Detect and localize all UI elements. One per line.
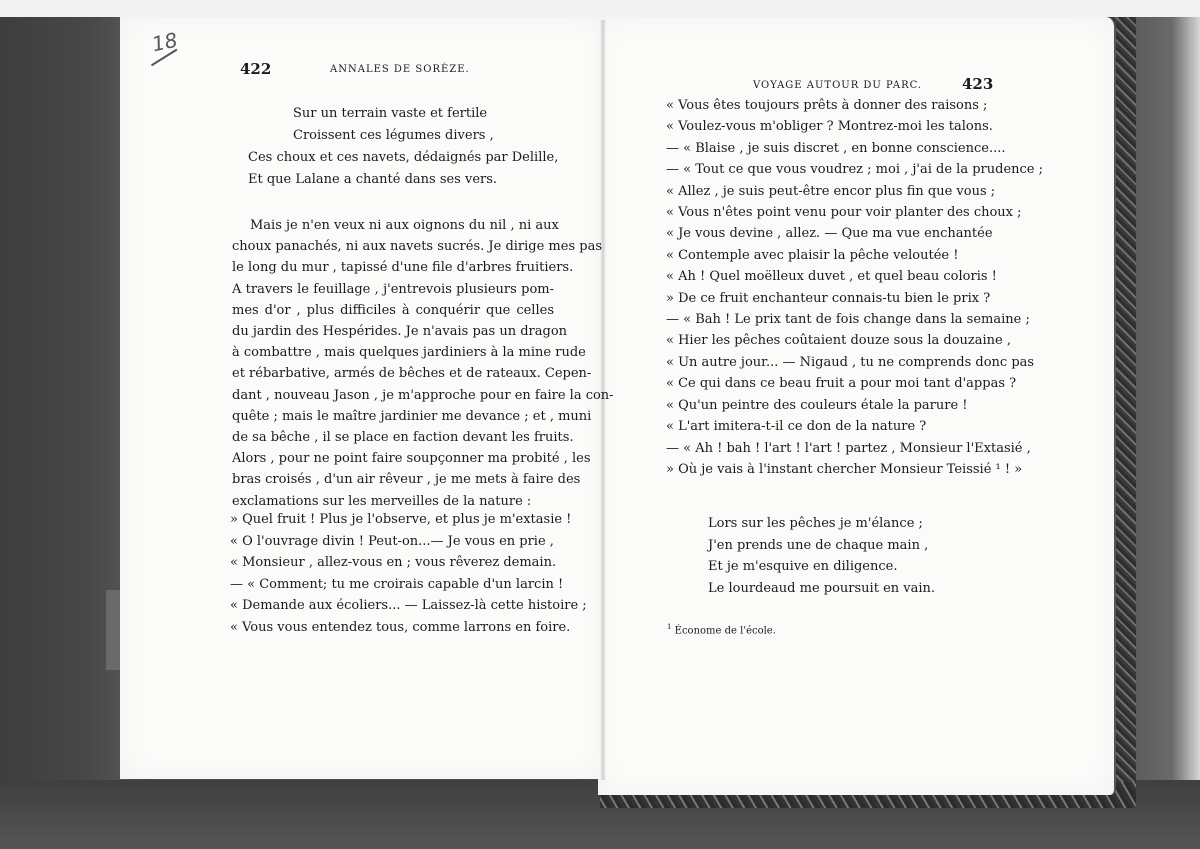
verse-line: « Contemple avec plaisir la pêche velout… — [666, 245, 1043, 266]
verse-line: « Vous êtes toujours prêts à donner des … — [666, 95, 1043, 116]
scan-background-right — [1130, 17, 1200, 849]
scan-background-left — [0, 17, 128, 849]
prose-line: du jardin des Hespérides. Je n'avais pas… — [232, 321, 554, 342]
verse-line: Et que Lalane a chanté dans ses vers. — [248, 169, 558, 191]
verse-line: Sur un terrain vaste et fertile — [248, 103, 558, 125]
prose-line: à combattre , mais quelques jardiniers à… — [232, 342, 554, 363]
footnote: 1 Économe de l'école. — [667, 623, 776, 636]
verse-line: — « Tout ce que vous voudrez ; moi , j'a… — [666, 159, 1043, 180]
left-prose-paragraph: Mais je n'en veux ni aux oignons du nil … — [232, 215, 554, 512]
prose-line: bras croisés , d'un air rêveur , je me m… — [232, 469, 554, 490]
verse-line: — « Ah ! bah ! l'art ! l'art ! partez , … — [666, 438, 1043, 459]
verse-line: « Ah ! Quel moëlleux duvet , et quel bea… — [666, 266, 1043, 287]
left-page-number: 422 — [240, 60, 271, 78]
verse-line: Et je m'esquive en diligence. — [708, 556, 935, 578]
prose-line: Alors , pour ne point faire soupçonner m… — [232, 448, 554, 469]
prose-line: dant , nouveau Jason , je m'approche pou… — [232, 385, 554, 406]
verse-line: J'en prends une de chaque main , — [708, 535, 935, 557]
verse-line: « Je vous devine , allez. — Que ma vue e… — [666, 223, 1043, 244]
verse-line: « Vous n'êtes point venu pour voir plant… — [666, 202, 1043, 223]
prose-line: choux panachés, ni aux navets sucrés. Je… — [232, 236, 554, 257]
right-page-number: 423 — [962, 75, 993, 93]
verse-line: Ces choux et ces navets, dédaignés par D… — [248, 147, 558, 169]
verse-line: — « Blaise , je suis discret , en bonne … — [666, 138, 1043, 159]
verse-line: Le lourdeaud me poursuit en vain. — [708, 578, 935, 600]
prose-line: et rébarbative, armés de bêches et de ra… — [232, 363, 554, 384]
left-dialogue-verse: » Quel fruit ! Plus je l'observe, et plu… — [230, 509, 587, 638]
verse-line: « O l'ouvrage divin ! Peut-on...— Je vou… — [230, 531, 587, 553]
prose-line: Mais je n'en veux ni aux oignons du nil … — [232, 215, 554, 236]
verse-line: « L'art imitera-t-il ce don de la nature… — [666, 416, 1043, 437]
verse-line: « Vous vous entendez tous, comme larrons… — [230, 617, 587, 639]
verse-line: » Où je vais à l'instant chercher Monsie… — [666, 459, 1043, 480]
right-closing-verse: Lors sur les pêches je m'élance ; J'en p… — [708, 513, 935, 599]
verse-line: — « Bah ! Le prix tant de fois change da… — [666, 309, 1043, 330]
verse-line: « Voulez-vous m'obliger ? Montrez-moi le… — [666, 116, 1043, 137]
left-verse-intro: Sur un terrain vaste et fertile Croissen… — [248, 103, 558, 191]
verse-line: Croissent ces légumes divers , — [248, 125, 558, 147]
verse-line: » Quel fruit ! Plus je l'observe, et plu… — [230, 509, 587, 531]
left-running-head: ANNALES DE SORÈZE. — [330, 64, 470, 75]
prose-line: mes d'or , plus difficiles à conquérir q… — [232, 300, 554, 321]
prose-line: le long du mur , tapissé d'une file d'ar… — [232, 257, 554, 278]
verse-line: « Monsieur , allez-vous en ; vous rêvere… — [230, 552, 587, 574]
verse-line: » De ce fruit enchanteur connais-tu bien… — [666, 288, 1043, 309]
scan-background-top — [0, 0, 1200, 17]
right-running-head: VOYAGE AUTOUR DU PARC. — [753, 80, 922, 91]
prose-line: quête ; mais le maître jardinier me deva… — [232, 406, 554, 427]
prose-line: A travers le feuillage , j'entrevois plu… — [232, 279, 554, 300]
right-dialogue-verse: « Vous êtes toujours prêts à donner des … — [666, 95, 1043, 480]
verse-line: « Ce qui dans ce beau fruit a pour moi t… — [666, 373, 1043, 394]
footnote-marker: 1 — [667, 623, 671, 631]
verse-line: « Un autre jour... — Nigaud , tu ne comp… — [666, 352, 1043, 373]
verse-line: « Demande aux écoliers... — Laissez-là c… — [230, 595, 587, 617]
verse-line: « Hier les pêches coûtaient douze sous l… — [666, 330, 1043, 351]
verse-line: — « Comment; tu me croirais capable d'un… — [230, 574, 587, 596]
prose-line: de sa bêche , il se place en faction dev… — [232, 427, 554, 448]
footnote-text: Économe de l'école. — [675, 625, 776, 636]
verse-line: « Allez , je suis peut-être encor plus f… — [666, 181, 1043, 202]
verse-line: Lors sur les pêches je m'élance ; — [708, 513, 935, 535]
verse-line: « Qu'un peintre des couleurs étale la pa… — [666, 395, 1043, 416]
